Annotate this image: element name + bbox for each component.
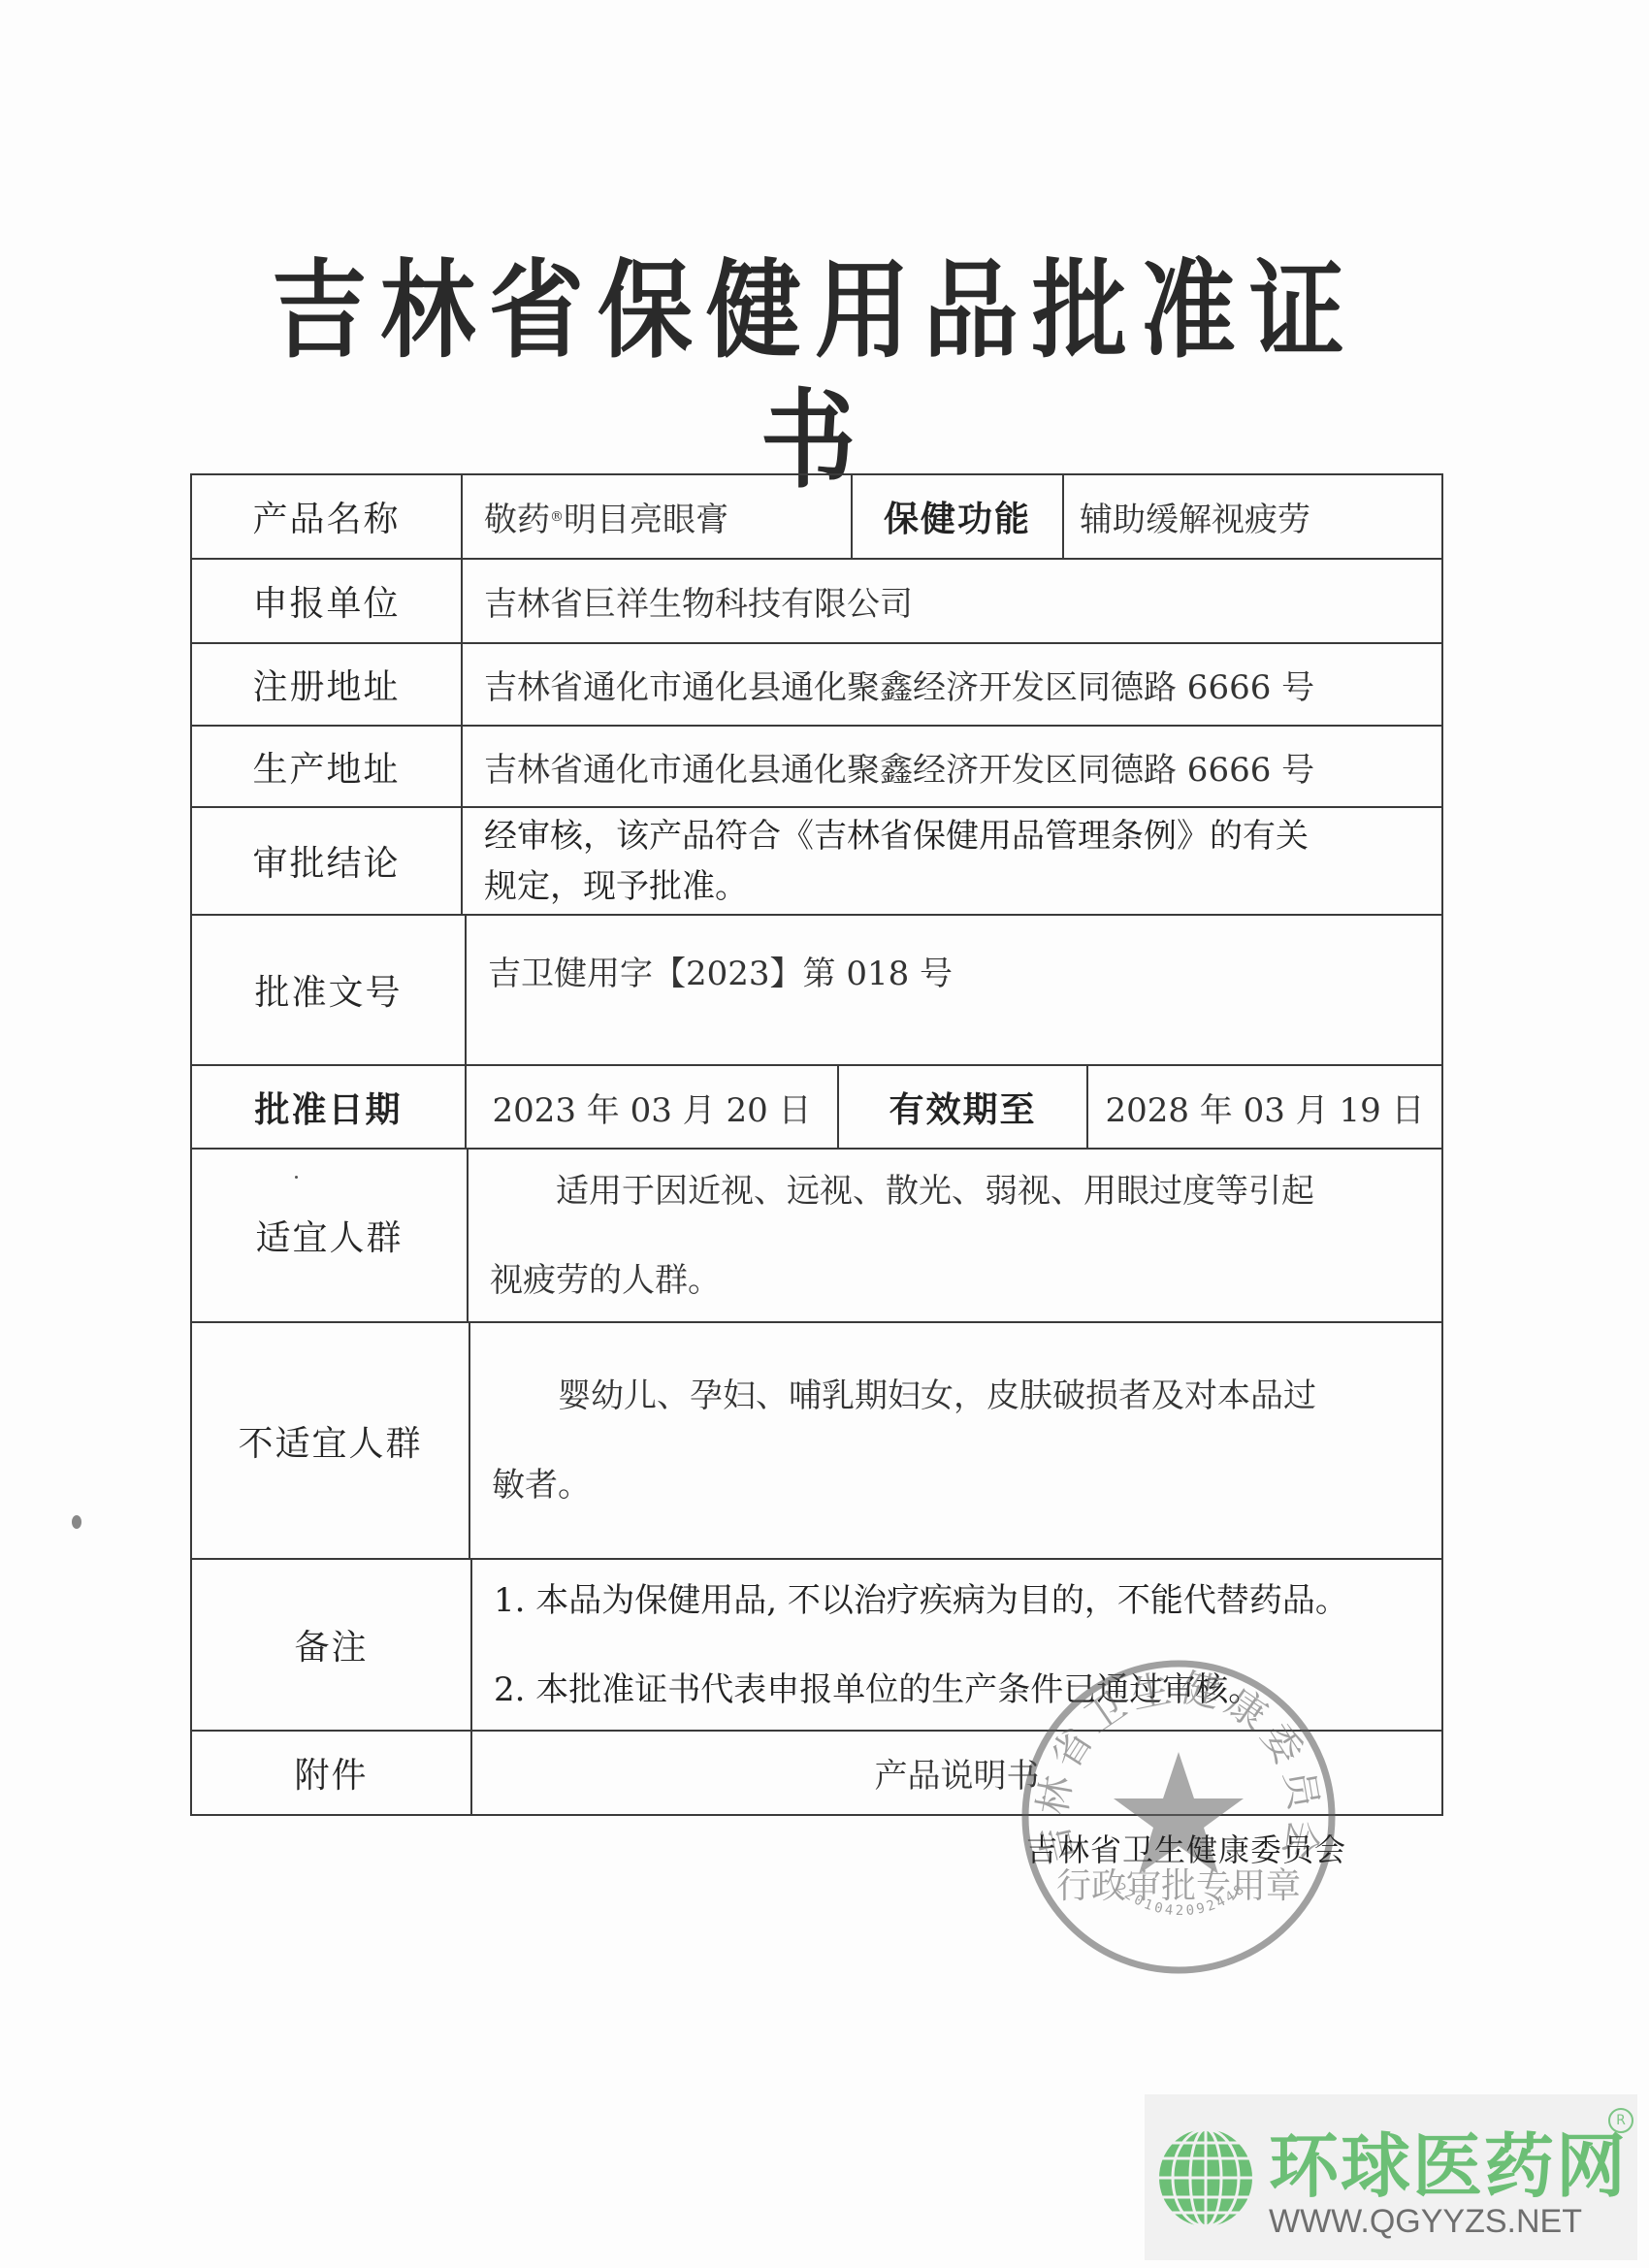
label-approval-conclusion: 审批结论 [190, 806, 463, 916]
value-registered-address: 吉林省通化市通化县通化聚鑫经济开发区同德路 6666 号 [461, 642, 1443, 727]
svg-text:行政审批专用章: 行政审批专用章 [1056, 1866, 1301, 1906]
value-valid-until: 2028 年 03 月 19 日 [1086, 1064, 1443, 1150]
certificate-table: 产品名称 敬药®明目亮眼膏 保健功能 辅助缓解视疲劳 申报单位 吉林省巨祥生物科… [190, 473, 1443, 1816]
watermark-logo: 环球医药网 R WWW.QGYYZS.NET [1145, 2094, 1637, 2260]
label-unsuitable-population: 不适宜人群 [190, 1321, 470, 1560]
product-name-suffix: 明目亮眼膏 [564, 493, 728, 540]
value-unsuitable-population: 婴幼儿、孕妇、哺乳期妇女，皮肤破损者及对本品过 敏者。 [469, 1321, 1443, 1560]
label-health-function: 保健功能 [851, 473, 1064, 560]
unsuitable-line-1: 婴幼儿、孕妇、哺乳期妇女，皮肤破损者及对本品过 [492, 1351, 1316, 1441]
remark-1: 1. 本品为保健用品, 不以治疗疾病为目的，不能代替药品。 [494, 1556, 1348, 1645]
issuing-authority: 吉林省卫生健康委员会 [1026, 1826, 1346, 1870]
registered-trademark-icon: R [1608, 2108, 1633, 2133]
watermark-brand: 环球医药网 [1269, 2110, 1628, 2211]
value-approval-number: 吉卫健用字【2023】第 018 号 [465, 914, 1443, 1066]
label-production-address: 生产地址 [190, 725, 463, 808]
svg-text:2201042092448: 2201042092448 [1113, 1880, 1249, 1919]
conclusion-line-1: 经审核，该产品符合《吉林省保健用品管理条例》的有关 [484, 811, 1309, 861]
label-remarks: 备注 [190, 1558, 472, 1732]
remark-2: 2. 本批准证书代表申报单位的生产条件已通过审核。 [494, 1645, 1261, 1734]
value-approval-conclusion: 经审核，该产品符合《吉林省保健用品管理条例》的有关 规定，现予批准。 [461, 806, 1443, 916]
globe-icon [1152, 2122, 1259, 2233]
watermark-url: WWW.QGYYZS.NET [1269, 2203, 1582, 2241]
scan-artifact [72, 1515, 81, 1529]
label-valid-until: 有效期至 [837, 1064, 1088, 1150]
value-approval-date: 2023 年 03 月 20 日 [465, 1064, 839, 1150]
label-approval-number: 批准文号 [190, 914, 467, 1066]
value-applicant: 吉林省巨祥生物科技有限公司 [461, 558, 1443, 644]
label-suitable-population: 适宜人群 [190, 1148, 469, 1323]
label-applicant: 申报单位 [190, 558, 463, 644]
label-attachment: 附件 [190, 1730, 472, 1816]
value-product-name: 敬药®明目亮眼膏 [461, 473, 853, 560]
product-name-prefix: 敬药 [484, 493, 550, 540]
document-title: 吉林省保健用品批准证书 [252, 246, 1377, 507]
value-attachment: 产品说明书 [470, 1730, 1443, 1816]
conclusion-line-2: 规定，现予批准。 [484, 861, 748, 912]
value-production-address: 吉林省通化市通化县通化聚鑫经济开发区同德路 6666 号 [461, 725, 1443, 808]
label-approval-date: 批准日期 [190, 1064, 467, 1150]
suitable-line-2: 视疲劳的人群。 [490, 1236, 721, 1325]
label-product-name: 产品名称 [190, 473, 463, 560]
value-suitable-population: 适用于因近视、远视、散光、弱视、用眼过度等引起 视疲劳的人群。 [467, 1148, 1443, 1323]
value-remarks: 1. 本品为保健用品, 不以治疗疾病为目的，不能代替药品。 2. 本批准证书代表… [470, 1558, 1443, 1732]
value-health-function: 辅助缓解视疲劳 [1062, 473, 1443, 560]
suitable-line-1: 适用于因近视、远视、散光、弱视、用眼过度等引起 [490, 1147, 1314, 1236]
unsuitable-line-2: 敏者。 [492, 1441, 591, 1530]
registered-mark: ® [550, 509, 564, 525]
label-registered-address: 注册地址 [190, 642, 463, 727]
